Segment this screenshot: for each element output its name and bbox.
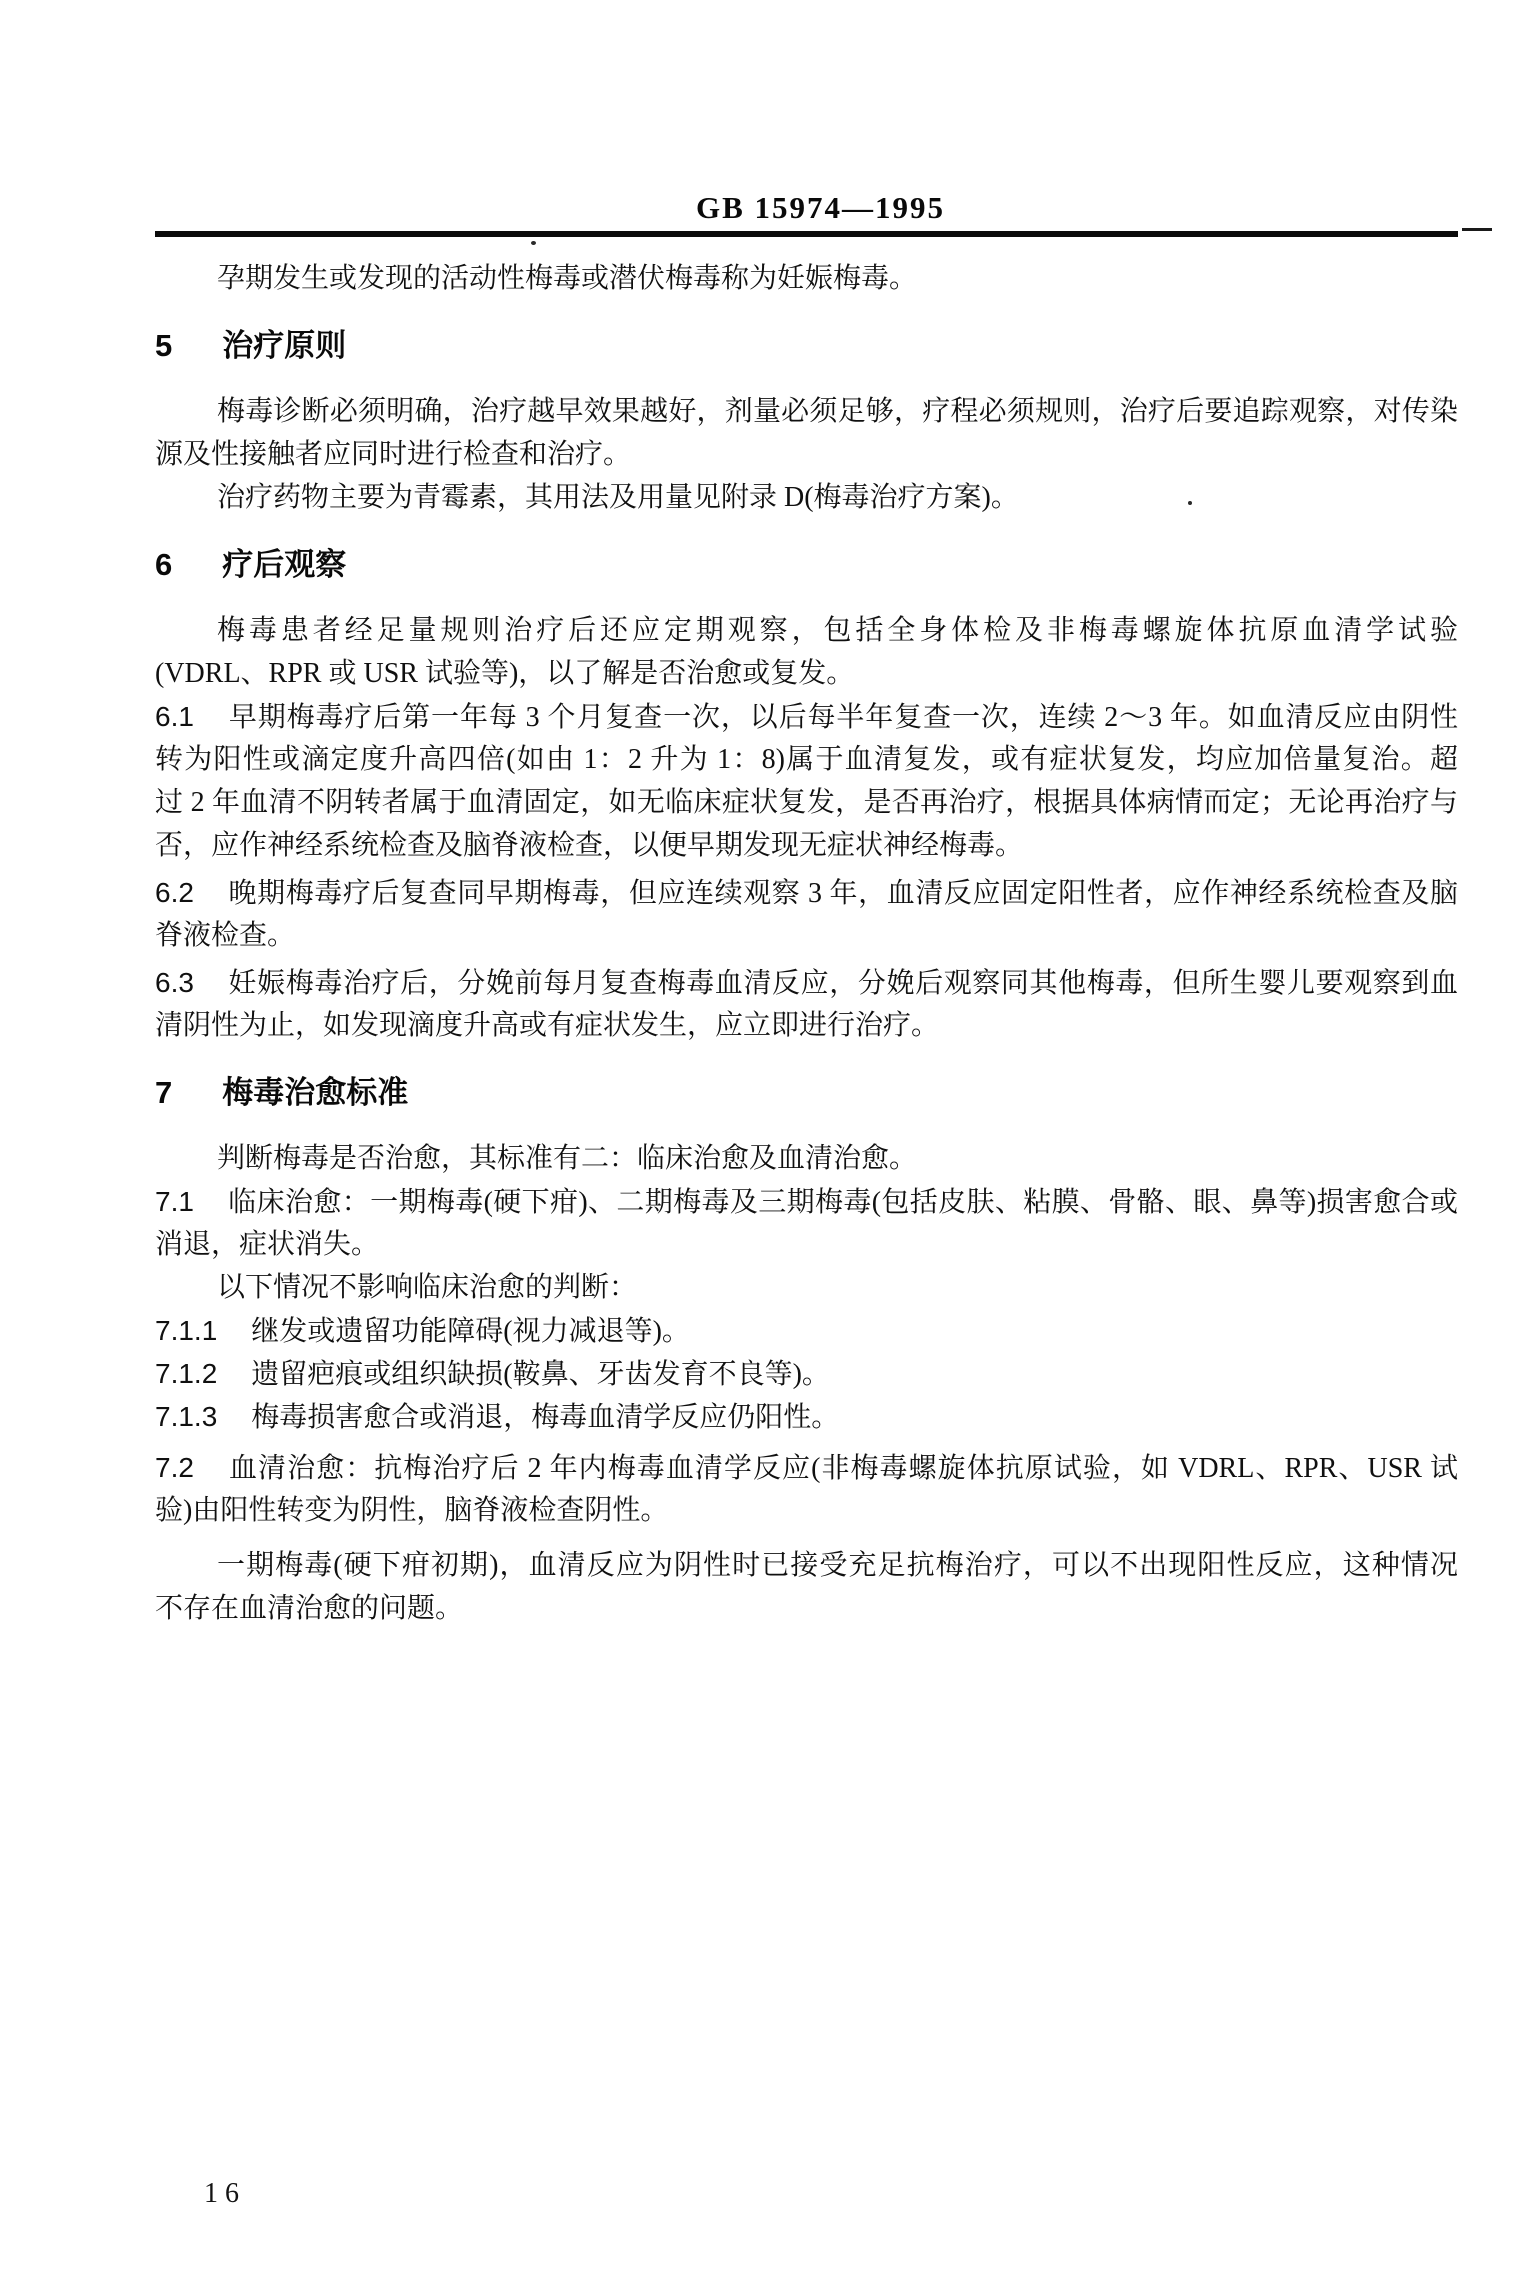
section-number: 6.1 bbox=[155, 701, 194, 732]
line-text: 梅毒治愈标准 bbox=[222, 1075, 408, 1110]
section-number: 7 bbox=[155, 1075, 172, 1110]
line-text: 脊液检查。 bbox=[155, 920, 295, 951]
standard-code: GB 15974—1995 bbox=[696, 190, 945, 226]
text-line: 清阴性为止，如发现滴度升高或有症状发生，应立即进行治疗。 bbox=[155, 1004, 1458, 1047]
section-number: 7.1.1 bbox=[155, 1315, 217, 1346]
section-number: 6.2 bbox=[155, 877, 194, 908]
line-text: 源及性接触者应同时进行检查和治疗。 bbox=[155, 439, 631, 470]
text-line: 否，应作神经系统检查及脑脊液检查，以便早期发现无症状神经梅毒。 bbox=[155, 824, 1458, 867]
text-line: 验)由阳性转变为阴性，脑脊液检查阴性。 bbox=[155, 1489, 1458, 1532]
line-text: 不存在血清治愈的问题。 bbox=[155, 1593, 463, 1624]
line-text: 早期梅毒疗后第一年每 3 个月复查一次，以后每半年复查一次，连续 2～3 年。如… bbox=[228, 702, 1458, 733]
line-text: 过 2 年血清不阴转者属于血清固定，如无临床症状复发，是否再治疗，根据具体病情而… bbox=[155, 787, 1458, 818]
line-text: 以下情况不影响临床治愈的判断： bbox=[217, 1272, 637, 1303]
rule-streak bbox=[1462, 228, 1492, 231]
scan-speck bbox=[531, 241, 536, 245]
text-line: 7.1.3梅毒损害愈合或消退，梅毒血清学反应仍阳性。 bbox=[155, 1395, 1458, 1438]
text-line: 不存在血清治愈的问题。 bbox=[155, 1587, 1458, 1630]
text-line: 7.1.2遗留疤痕或组织缺损(鞍鼻、牙齿发育不良等)。 bbox=[155, 1352, 1458, 1395]
line-text: 验)由阳性转变为阴性，脑脊液检查阴性。 bbox=[155, 1495, 668, 1526]
line-text: 转为阳性或滴定度升高四倍(如由 1：2 升为 1：8)属于血清复发，或有症状复发… bbox=[155, 744, 1458, 775]
document-page: GB 15974—1995 孕期发生或发现的活动性梅毒或潜伏梅毒称为妊娠梅毒。5… bbox=[0, 0, 1536, 2285]
text-line: 7.1临床治愈：一期梅毒(硬下疳)、二期梅毒及三期梅毒(包括皮肤、粘膜、骨骼、眼… bbox=[155, 1180, 1458, 1223]
section-number: 7.1.2 bbox=[155, 1358, 217, 1389]
text-line: 梅毒患者经足量规则治疗后还应定期观察，包括全身体检及非梅毒螺旋体抗原血清学试验 bbox=[155, 609, 1458, 652]
line-text: 清阴性为止，如发现滴度升高或有症状发生，应立即进行治疗。 bbox=[155, 1010, 939, 1041]
line-text: 血清治愈：抗梅治疗后 2 年内梅毒血清学反应(非梅毒螺旋体抗原试验，如 VDRL… bbox=[228, 1453, 1458, 1484]
line-text: 继发或遗留功能障碍(视力减退等)。 bbox=[251, 1316, 690, 1347]
text-line: 过 2 年血清不阴转者属于血清固定，如无临床症状复发，是否再治疗，根据具体病情而… bbox=[155, 781, 1458, 824]
text-line: 梅毒诊断必须明确，治疗越早效果越好，剂量必须足够，疗程必须规则，治疗后要追踪观察… bbox=[155, 390, 1458, 433]
line-text: 临床治愈：一期梅毒(硬下疳)、二期梅毒及三期梅毒(包括皮肤、粘膜、骨骼、眼、鼻等… bbox=[228, 1187, 1458, 1218]
section-number: 7.2 bbox=[155, 1452, 194, 1483]
section-heading: 7梅毒治愈标准 bbox=[155, 1071, 1458, 1114]
document-body: 孕期发生或发现的活动性梅毒或潜伏梅毒称为妊娠梅毒。5治疗原则梅毒诊断必须明确，治… bbox=[155, 236, 1458, 1630]
section-number: 6 bbox=[155, 547, 172, 582]
line-text: 判断梅毒是否治愈，其标准有二：临床治愈及血清治愈。 bbox=[217, 1143, 917, 1174]
text-line: 6.1早期梅毒疗后第一年每 3 个月复查一次，以后每半年复查一次，连续 2～3 … bbox=[155, 695, 1458, 738]
section-heading: 6疗后观察 bbox=[155, 543, 1458, 586]
text-line: 孕期发生或发现的活动性梅毒或潜伏梅毒称为妊娠梅毒。 bbox=[155, 257, 1458, 300]
page-number: 16 bbox=[204, 2172, 246, 2215]
text-line: 判断梅毒是否治愈，其标准有二：临床治愈及血清治愈。 bbox=[155, 1137, 1458, 1180]
section-heading: 5治疗原则 bbox=[155, 324, 1458, 367]
line-text: 梅毒患者经足量规则治疗后还应定期观察，包括全身体检及非梅毒螺旋体抗原血清学试验 bbox=[217, 615, 1458, 646]
section-number: 7.1.3 bbox=[155, 1401, 217, 1432]
text-line: 6.3妊娠梅毒治疗后，分娩前每月复查梅毒血清反应，分娩后观察同其他梅毒，但所生婴… bbox=[155, 961, 1458, 1004]
text-line: 一期梅毒(硬下疳初期)，血清反应为阴性时已接受充足抗梅治疗，可以不出现阳性反应，… bbox=[155, 1544, 1458, 1587]
text-line: 治疗药物主要为青霉素，其用法及用量见附录 D(梅毒治疗方案)。 bbox=[155, 476, 1458, 519]
line-text: 妊娠梅毒治疗后，分娩前每月复查梅毒血清反应，分娩后观察同其他梅毒，但所生婴儿要观… bbox=[228, 968, 1458, 999]
text-line: (VDRL、RPR 或 USR 试验等)，以了解是否治愈或复发。 bbox=[155, 652, 1458, 695]
scan-speck bbox=[1188, 501, 1192, 505]
section-number: 6.3 bbox=[155, 967, 194, 998]
line-text: 一期梅毒(硬下疳初期)，血清反应为阴性时已接受充足抗梅治疗，可以不出现阳性反应，… bbox=[217, 1550, 1458, 1581]
line-text: 梅毒诊断必须明确，治疗越早效果越好，剂量必须足够，疗程必须规则，治疗后要追踪观察… bbox=[217, 396, 1458, 427]
line-text: 疗后观察 bbox=[222, 547, 346, 582]
line-text: 晚期梅毒疗后复查同早期梅毒，但应连续观察 3 年，血清反应固定阳性者，应作神经系… bbox=[228, 878, 1458, 909]
line-text: 治疗原则 bbox=[222, 328, 346, 363]
section-number: 7.1 bbox=[155, 1186, 194, 1217]
text-line: 源及性接触者应同时进行检查和治疗。 bbox=[155, 433, 1458, 476]
line-text: (VDRL、RPR 或 USR 试验等)，以了解是否治愈或复发。 bbox=[155, 658, 854, 689]
text-line: 以下情况不影响临床治愈的判断： bbox=[155, 1266, 1458, 1309]
text-line: 6.2晚期梅毒疗后复查同早期梅毒，但应连续观察 3 年，血清反应固定阳性者，应作… bbox=[155, 871, 1458, 914]
section-number: 5 bbox=[155, 328, 172, 363]
text-line: 消退，症状消失。 bbox=[155, 1223, 1458, 1266]
line-text: 治疗药物主要为青霉素，其用法及用量见附录 D(梅毒治疗方案)。 bbox=[217, 482, 1019, 513]
text-line: 脊液检查。 bbox=[155, 914, 1458, 957]
text-line: 7.2血清治愈：抗梅治疗后 2 年内梅毒血清学反应(非梅毒螺旋体抗原试验，如 V… bbox=[155, 1446, 1458, 1489]
line-text: 否，应作神经系统检查及脑脊液检查，以便早期发现无症状神经梅毒。 bbox=[155, 830, 1023, 861]
line-text: 遗留疤痕或组织缺损(鞍鼻、牙齿发育不良等)。 bbox=[251, 1359, 830, 1390]
text-line: 转为阳性或滴定度升高四倍(如由 1：2 升为 1：8)属于血清复发，或有症状复发… bbox=[155, 738, 1458, 781]
line-text: 孕期发生或发现的活动性梅毒或潜伏梅毒称为妊娠梅毒。 bbox=[217, 263, 917, 294]
text-line: 7.1.1继发或遗留功能障碍(视力减退等)。 bbox=[155, 1309, 1458, 1352]
line-text: 梅毒损害愈合或消退，梅毒血清学反应仍阳性。 bbox=[251, 1402, 839, 1433]
line-text: 消退，症状消失。 bbox=[155, 1229, 379, 1260]
